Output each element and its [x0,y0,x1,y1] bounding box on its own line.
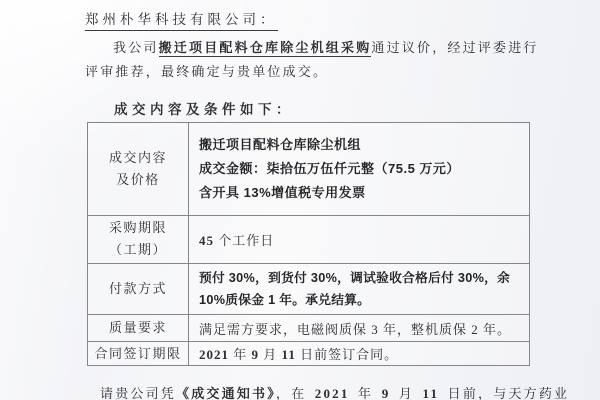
closing-prefix: 请贵公司凭 [100,386,176,400]
recipient-line: 郑州朴华科技有限公司： [85,8,278,31]
closing-day: 11 [420,386,443,400]
table-row-quality-requirements: 质量要求 满足需方要求，电磁阀质保 3 年，整机质保 2 年。 [88,314,529,341]
row-label-deal-content: 成交内容 及价格 [88,123,189,215]
table-row-contract-signing-deadline: 合同签订期限 2021 年 9 月 11 日前签订合同。 [88,341,529,365]
section-heading: 成交内容及条件如下： [114,98,294,118]
project-name-underlined: 搬迁项目配料仓库除尘机组采购 [159,40,372,57]
intro-suffix: 通过议价，经过评委进行 [371,40,538,55]
row-label-line: 及价格 [116,169,160,191]
signing-deadline-value: 2021 年 9 月 11 日前签订合同。 [199,344,523,363]
closing-month: 9 [379,386,394,400]
row-label-contract-signing-deadline: 合同签订期限 [88,342,189,365]
row-label-line: 付款方式 [109,278,167,300]
period-value: 45 个工作日 [199,230,523,249]
closing-sep: 月 [393,386,419,400]
closing-mid: ，在 [276,386,312,400]
row-value-quality-requirements: 满足需方要求，电磁阀质保 3 年，整机质保 2 年。 [189,315,529,341]
deal-amount: 成交金额：柒拾伍万伍仟元整（75.5 万元） [199,161,523,177]
notice-title: 《成交通知书》 [176,386,276,400]
period-unit: 个工作日 [214,233,274,248]
row-label-line: （工期） [109,239,167,261]
row-label-quality-requirements: 质量要求 [88,315,189,341]
table-row-deal-content: 成交内容 及价格 搬迁项目配料仓库除尘机组 成交金额：柒拾伍万伍仟元整（75.5… [88,123,529,215]
deadline-month: 9 [252,347,260,362]
closing-sep: 年 [353,386,379,400]
deadline-sep: 年 [229,347,252,362]
intro-paragraph-line2: 评审推荐，最终确定与贵单位成交。 [85,61,328,80]
row-label-line: 合同签订期限 [94,343,181,365]
deadline-sep: 月 [259,347,282,362]
intro-paragraph-line1: 我公司搬迁项目配料仓库除尘机组采购通过议价，经过评委进行 [113,37,539,56]
deal-tax-note: 含开具 13%增值税专用发票 [199,185,523,201]
row-label-line: 成交内容 [109,147,167,169]
deal-item-name: 搬迁项目配料仓库除尘机组 [199,137,523,153]
row-value-contract-signing-deadline: 2021 年 9 月 11 日前签订合同。 [189,342,529,365]
closing-year: 2021 [312,386,353,400]
row-label-payment-terms: 付款方式 [88,264,189,314]
row-value-deal-content: 搬迁项目配料仓库除尘机组 成交金额：柒拾伍万伍仟元整（75.5 万元） 含开具 … [189,123,529,215]
intro-prefix: 我公司 [113,40,159,55]
row-label-line: 质量要求 [109,317,167,339]
deadline-rest: 日前签订合同。 [296,347,398,362]
row-label-line: 采购期限 [109,217,167,239]
table-row-payment-terms: 付款方式 预付 30%，到货付 30%，调试验收合格后付 30%，余 10%质保… [88,263,529,314]
row-value-procurement-period: 45 个工作日 [189,216,529,264]
closing-paragraph-line: 请贵公司凭《成交通知书》，在 2021 年 9 月 11 日前，与天方药业 [100,383,569,400]
row-value-payment-terms: 预付 30%，到货付 30%，调试验收合格后付 30%，余 10%质保金 1 年… [189,264,529,314]
deadline-day: 11 [282,347,296,362]
deadline-year: 2021 [199,347,229,362]
row-label-procurement-period: 采购期限 （工期） [88,216,189,264]
table-row-procurement-period: 采购期限 （工期） 45 个工作日 [88,215,529,264]
closing-rest: 日前，与天方药业 [442,386,569,400]
deal-terms-table: 成交内容 及价格 搬迁项目配料仓库除尘机组 成交金额：柒拾伍万伍仟元整（75.5… [87,122,530,366]
period-number: 45 [199,233,214,248]
